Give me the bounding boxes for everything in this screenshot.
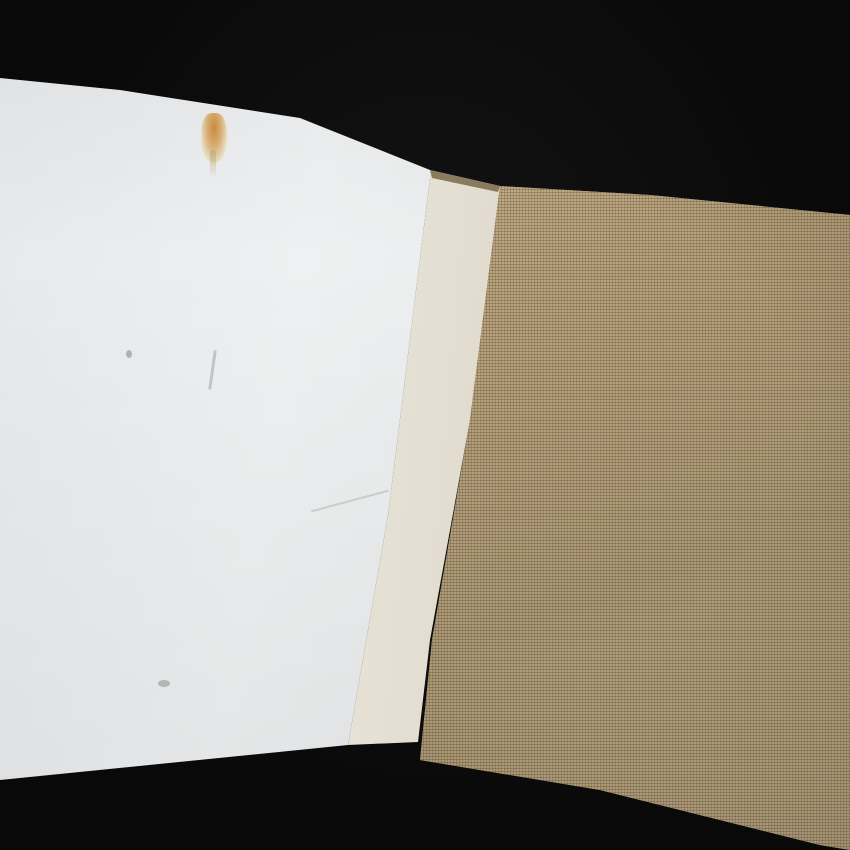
photo-scene — [0, 0, 850, 850]
smudge-mark — [126, 350, 132, 358]
smudge-mark — [158, 680, 170, 687]
stain-drip — [210, 150, 216, 178]
